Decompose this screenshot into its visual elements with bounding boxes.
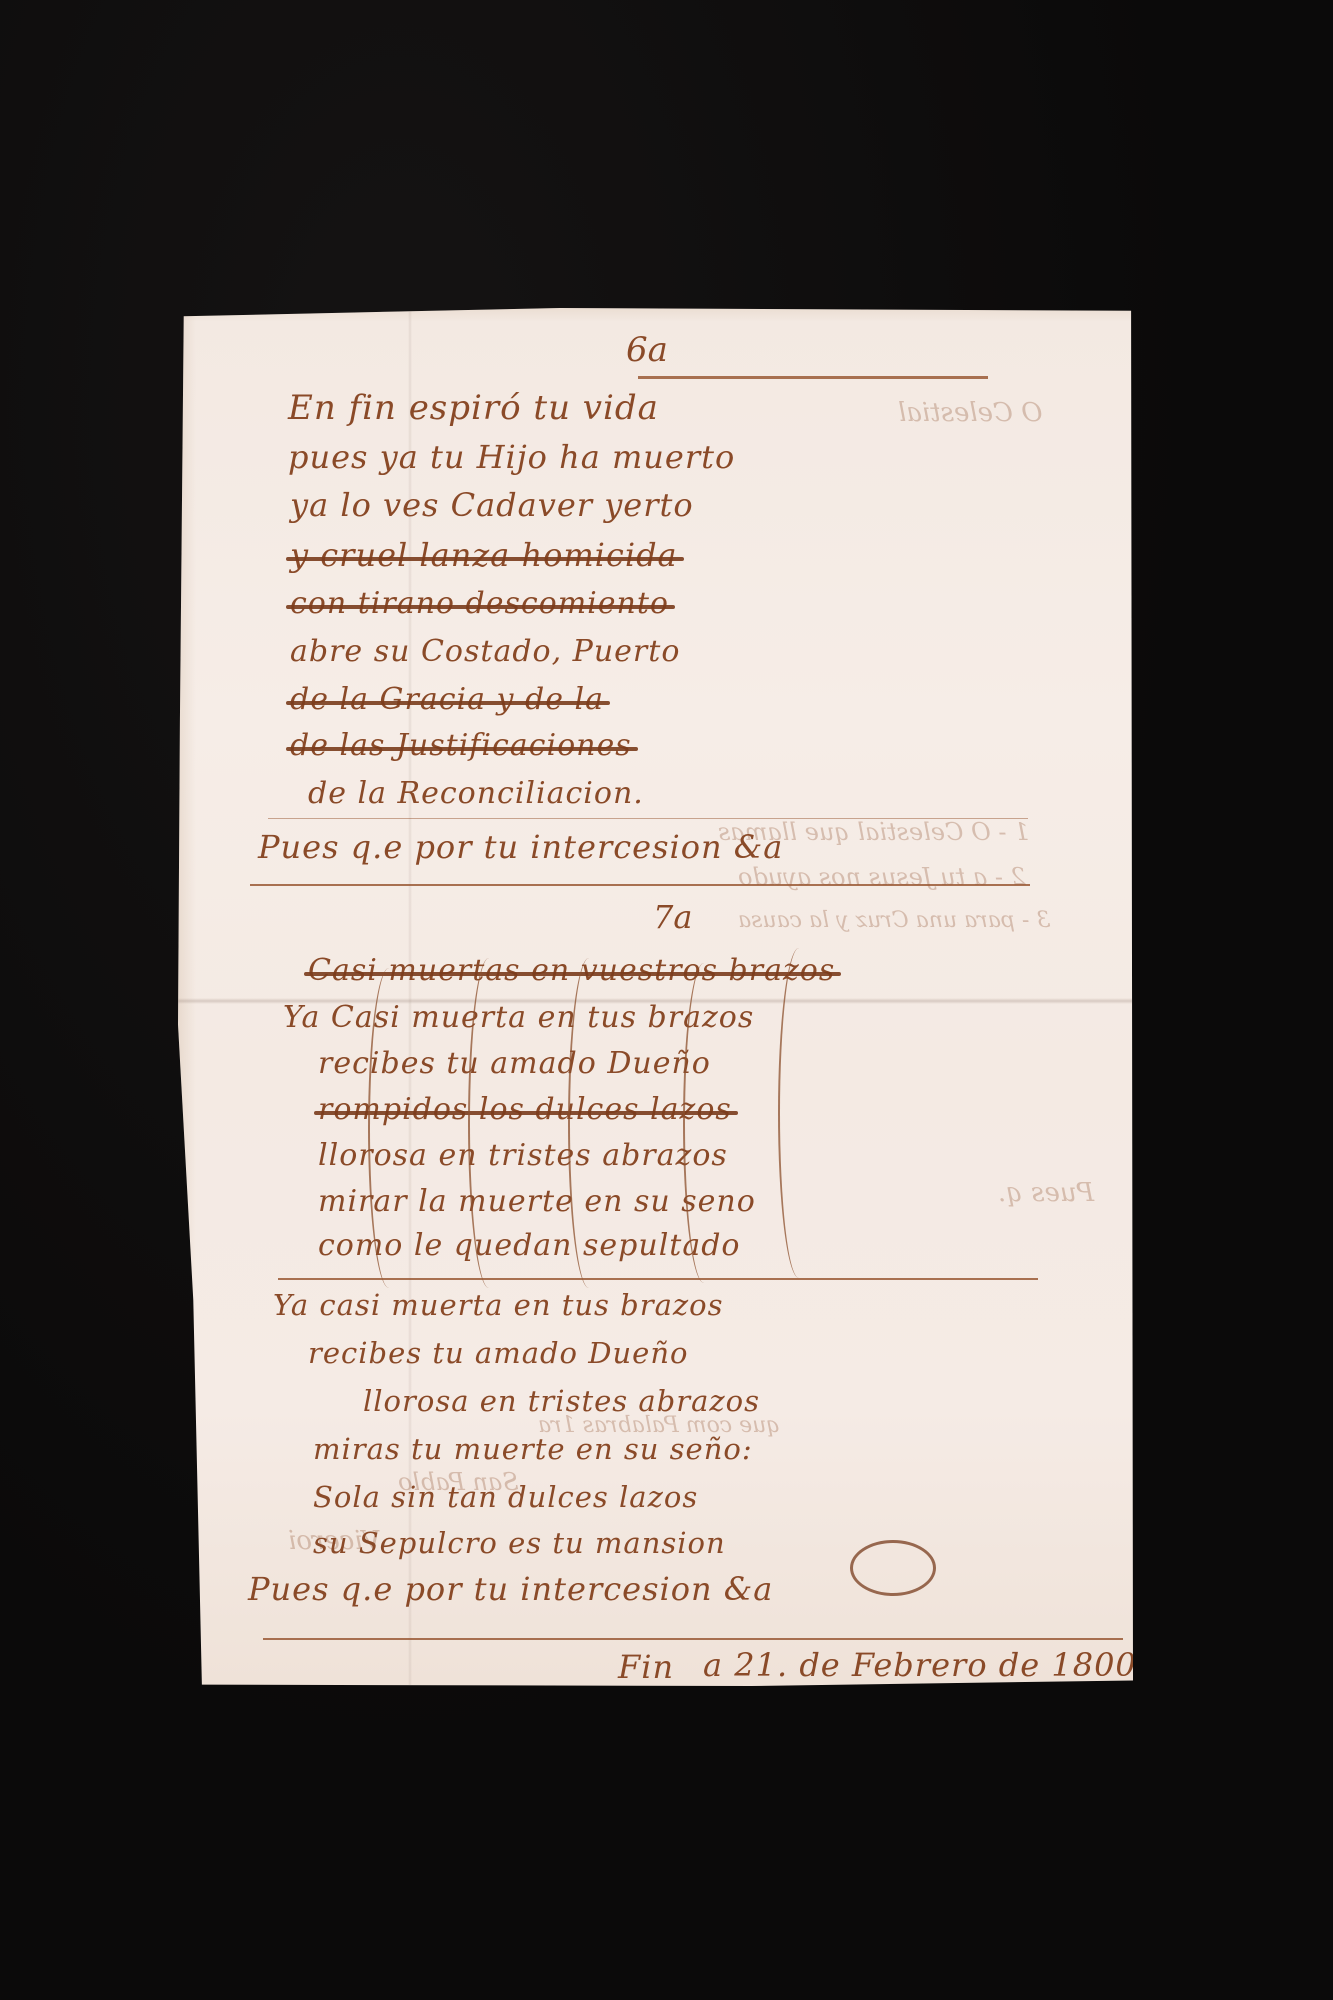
cancellation-stroke bbox=[778, 948, 820, 1278]
verse-line: En fin espiró tu vida bbox=[288, 388, 659, 428]
cancellation-stroke bbox=[368, 968, 410, 1288]
section-divider bbox=[263, 1638, 1123, 1640]
flourish-loop bbox=[850, 1540, 936, 1596]
struck-verse-line: de las Justificaciones bbox=[290, 728, 632, 763]
section-divider bbox=[278, 1278, 1038, 1280]
verse-line: recibes tu amado Dueño bbox=[308, 1336, 688, 1370]
ruled-line bbox=[268, 818, 1028, 819]
section-7-heading: 7a bbox=[653, 898, 692, 936]
verse-line: miras tu muerte en su seño: bbox=[313, 1432, 753, 1466]
verse-line: Ya casi muerta en tus brazos bbox=[273, 1288, 724, 1322]
fin-marker: Fin bbox=[618, 1648, 674, 1686]
section-divider bbox=[250, 884, 1030, 886]
struck-verse-line: de la Gracia y de la bbox=[290, 682, 604, 717]
refrain-line: Pues q.e por tu intercesion &a bbox=[248, 1570, 773, 1608]
section-6-heading: 6a bbox=[626, 330, 668, 370]
manuscript-page: O Celestial 1 - O Celestial que llamas 2… bbox=[178, 308, 1133, 1686]
verse-line: llorosa en tristes abrazos bbox=[363, 1384, 760, 1418]
bleedthrough-text: 2 - a tu Jesus nos ayudo bbox=[738, 863, 1026, 891]
verse-line: pues ya tu Hijo ha muerto bbox=[288, 438, 735, 476]
verse-line: su Sepulcro es tu mansion bbox=[313, 1526, 726, 1560]
cancellation-stroke bbox=[683, 963, 725, 1283]
cancellation-stroke bbox=[568, 958, 610, 1288]
closing-date: a 21. de Febrero de 1800 bbox=[703, 1646, 1137, 1684]
cancellation-stroke bbox=[468, 958, 510, 1288]
struck-top-line bbox=[638, 376, 988, 379]
verse-line: de la Reconciliacion. bbox=[308, 776, 644, 811]
verse-line: Sola sin tan dulces lazos bbox=[313, 1480, 698, 1514]
bleedthrough-text: 3 - para una Cruz y la causa bbox=[738, 908, 1050, 933]
bleedthrough-text: O Celestial bbox=[898, 398, 1043, 428]
verse-line: abre su Costado, Puerto bbox=[290, 634, 680, 669]
struck-verse-line: con tirano descomiento bbox=[290, 586, 669, 621]
verse-line: Ya Casi muerta en tus brazos bbox=[283, 1000, 754, 1035]
bleedthrough-text: Pues q. bbox=[998, 1178, 1094, 1208]
refrain-line: Pues q.e por tu intercesion &a bbox=[258, 828, 783, 866]
verse-line: ya lo ves Cadaver yerto bbox=[290, 486, 694, 524]
struck-verse-line: y cruel lanza homicida bbox=[290, 536, 678, 574]
